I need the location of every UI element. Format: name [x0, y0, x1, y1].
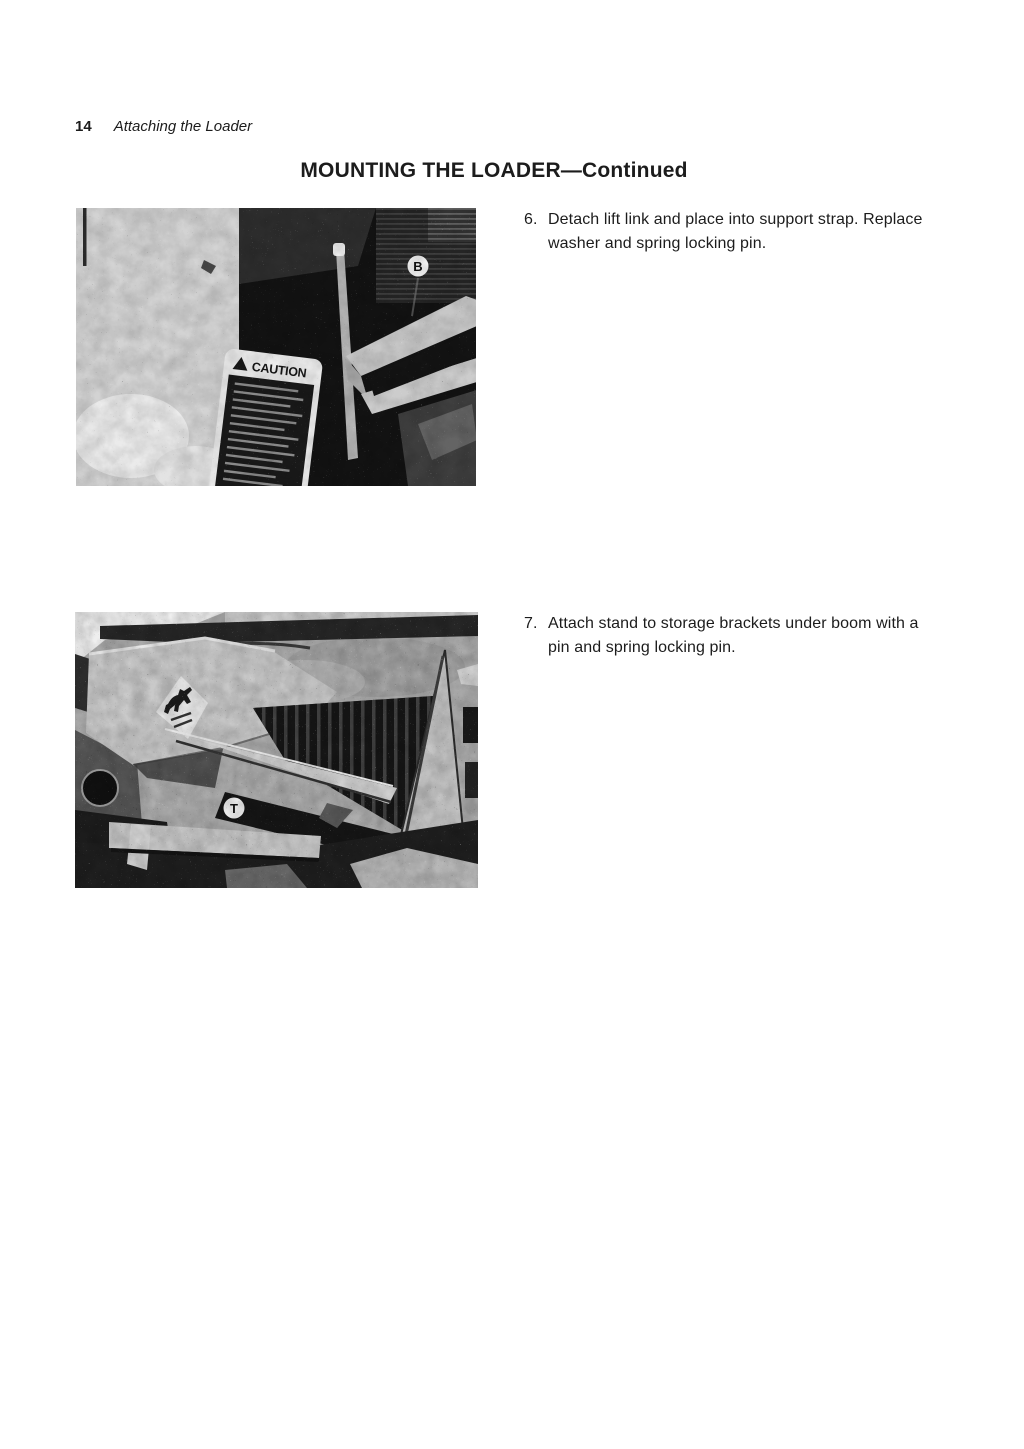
step-6-line-2: washer and spring locking pin. — [548, 232, 923, 256]
step-6-number: 6. — [524, 208, 548, 256]
step-7-line-1: Attach stand to storage brackets under b… — [548, 612, 919, 636]
step-6-line-1: Detach lift link and place into support … — [548, 208, 923, 232]
running-head: 14 Attaching the Loader — [75, 118, 252, 136]
step-6-text: Detach lift link and place into support … — [548, 208, 923, 256]
step-7-line-2: pin and spring locking pin. — [548, 636, 919, 660]
step-7-text: Attach stand to storage brackets under b… — [548, 612, 919, 660]
instruction-step-7: 7. Attach stand to storage brackets unde… — [524, 612, 934, 660]
manual-page: 14 Attaching the Loader MOUNTING THE LOA… — [0, 0, 1024, 1449]
instruction-step-6: 6. Detach lift link and place into suppo… — [524, 208, 934, 256]
page-number: 14 — [75, 118, 92, 136]
support-strap-photo-illustration: CAUTION — [76, 208, 476, 486]
figure-stand-storage-photo: T — [75, 612, 478, 888]
running-title: Attaching the Loader — [114, 118, 252, 136]
section-title: MOUNTING THE LOADER—Continued — [75, 159, 913, 183]
figure-support-strap-photo: CAUTION — [76, 208, 476, 486]
stand-storage-photo-illustration: T — [75, 612, 478, 888]
step-7-number: 7. — [524, 612, 548, 660]
